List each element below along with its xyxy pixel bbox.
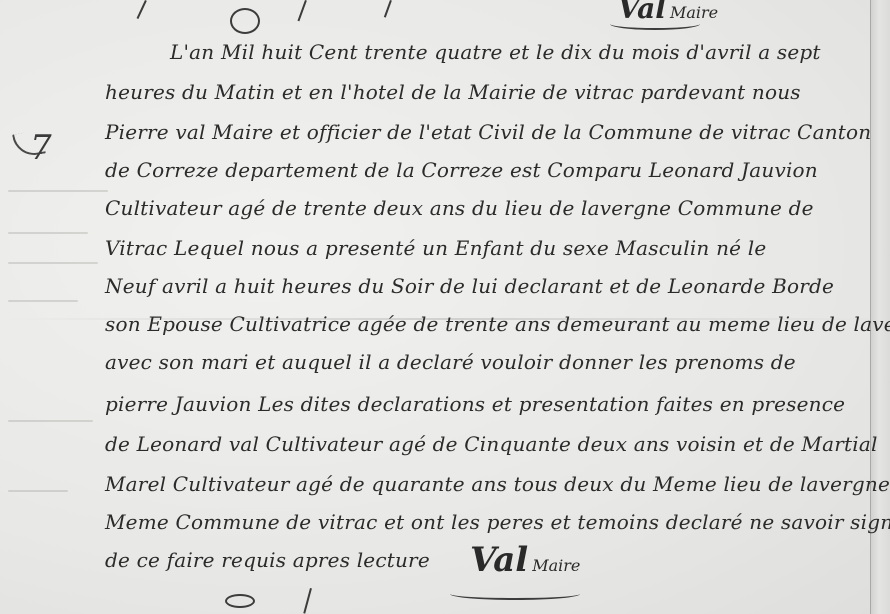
bleed-through-mark [8, 232, 88, 234]
scanned-register-page: ValMaire 7 L'an Mil huit Cent trente qua… [0, 0, 890, 614]
record-line: son Epouse Cultivatrice agée de trente a… [105, 312, 890, 336]
bleed-through-mark [8, 262, 98, 264]
entry-number: 7 [30, 128, 52, 168]
record-line: Pierre val Maire et officier de l'etat C… [105, 120, 871, 144]
signature-flourish [610, 18, 700, 30]
record-line: heures du Matin et en l'hotel de la Mair… [105, 80, 801, 104]
bleed-through-mark [8, 490, 68, 492]
ink-stroke [384, 0, 392, 18]
record-line: Cultivateur agé de trente deux ans du li… [105, 196, 814, 220]
ink-stroke [137, 0, 147, 19]
record-line: Meme Commune de vitrac et ont les peres … [105, 510, 890, 534]
capital-loop [230, 8, 260, 34]
ink-stroke [303, 588, 312, 614]
record-line: de ce faire requis apres lecture [105, 548, 430, 572]
bleed-through-mark [8, 420, 93, 422]
record-line: de Leonard val Cultivateur agé de Cinqua… [105, 432, 878, 456]
record-line: pierre Jauvion Les dites declarations et… [105, 392, 845, 416]
bleed-through-mark [8, 300, 78, 302]
record-line: avec son mari et auquel il a declaré vou… [105, 350, 796, 374]
ink-stroke [297, 0, 306, 21]
record-line: Vitrac Lequel nous a presenté un Enfant … [105, 236, 766, 260]
record-line: Neuf avril a huit heures du Soir de lui … [105, 274, 834, 298]
capital-loop [225, 594, 255, 608]
record-line: de Correze departement de la Correze est… [105, 158, 818, 182]
record-line: L'an Mil huit Cent trente quatre et le d… [170, 40, 821, 64]
signature-flourish [450, 588, 580, 600]
bleed-through-mark [8, 190, 108, 192]
record-line: Marel Cultivateur agé de quarante ans to… [105, 472, 890, 496]
mayor-signature: ValMaire [470, 540, 580, 580]
